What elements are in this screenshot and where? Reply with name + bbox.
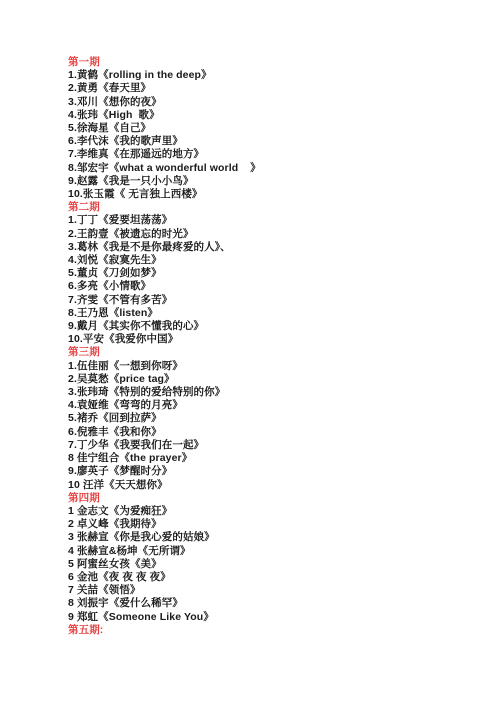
song-line: 4 张赫宣&杨坤《无所谓》 <box>68 545 261 558</box>
song-line: 7.丁少华《我要我们在一起》 <box>68 439 261 452</box>
document-page: 第一期1.黄鹤《rolling in the deep》2.黄勇《春天里》3.邓… <box>0 0 500 707</box>
song-line: 7.李维真《在那遥远的地方》 <box>68 148 261 161</box>
episode-heading: 第三期 <box>68 346 261 359</box>
song-line: 8 刘振宇《爱什么稀罕》 <box>68 597 261 610</box>
episode-heading: 第二期 <box>68 201 261 214</box>
song-line: 8 佳宁组合《the prayer》 <box>68 452 261 465</box>
song-line: 4.刘悦《寂寞先生》 <box>68 254 261 267</box>
episode-section: 第二期1.丁丁《爱要坦荡荡》2.王韵壹《被遗忘的时光》3.葛林《我是不是你最疼爱… <box>68 201 261 346</box>
song-line: 4.张玮《High 歌》 <box>68 109 261 122</box>
song-line: 3.邓川《想你的夜》 <box>68 96 261 109</box>
song-line: 5.褚乔《回到拉萨》 <box>68 412 261 425</box>
song-line: 7 关喆《领悟》 <box>68 584 261 597</box>
song-line: 4.袁娅维《弯弯的月亮》 <box>68 399 261 412</box>
song-line: 1 金志文《为爱痴狂》 <box>68 505 261 518</box>
song-line: 10 汪洋《天天想你》 <box>68 479 261 492</box>
song-line: 2.黄勇《春天里》 <box>68 82 261 95</box>
song-line: 2.吴莫愁《price tag》 <box>68 373 261 386</box>
song-line: 2.王韵壹《被遗忘的时光》 <box>68 228 261 241</box>
episode-section: 第四期1 金志文《为爱痴狂》2 卓义峰《我期待》3 张赫宣《你是我心爱的姑娘》4… <box>68 492 261 624</box>
song-line: 1.黄鹤《rolling in the deep》 <box>68 69 261 82</box>
song-line: 1.伍佳丽《一想到你呀》 <box>68 360 261 373</box>
song-list: 第一期1.黄鹤《rolling in the deep》2.黄勇《春天里》3.邓… <box>68 56 261 637</box>
song-line: 3.葛林《我是不是你最疼爱的人》、 <box>68 241 261 254</box>
song-line: 10.平安《我爱你中国》 <box>68 333 261 346</box>
episode-heading: 第四期 <box>68 492 261 505</box>
song-line: 5 阿蜜丝女孩《美》 <box>68 558 261 571</box>
song-line: 8.邹宏宇《what a wonderful world 》 <box>68 162 261 175</box>
song-line: 9 郑虹《Someone Like You》 <box>68 611 261 624</box>
song-line: 3 张赫宣《你是我心爱的姑娘》 <box>68 531 261 544</box>
song-line: 3.张玮琦《特别的爱给特别的你》 <box>68 386 261 399</box>
song-line: 9.廖英子《梦醒时分》 <box>68 465 261 478</box>
song-line: 6.多亮《小情歌》 <box>68 280 261 293</box>
episode-section: 第五期: <box>68 624 261 637</box>
song-line: 9.戴月《其实你不懂我的心》 <box>68 320 261 333</box>
song-line: 2 卓义峰《我期待》 <box>68 518 261 531</box>
song-line: 6.李代沫《我的歌声里》 <box>68 135 261 148</box>
song-line: 9.赵露《我是一只小小鸟》 <box>68 175 261 188</box>
song-line: 5.徐海星《自己》 <box>68 122 261 135</box>
song-line: 1.丁丁《爱要坦荡荡》 <box>68 214 261 227</box>
episode-heading: 第五期: <box>68 624 261 637</box>
song-line: 8.王乃恩《listen》 <box>68 307 261 320</box>
episode-heading: 第一期 <box>68 56 261 69</box>
song-line: 6 金池《夜 夜 夜 夜》 <box>68 571 261 584</box>
song-line: 5.董贞《刀剑如梦》 <box>68 267 261 280</box>
episode-section: 第一期1.黄鹤《rolling in the deep》2.黄勇《春天里》3.邓… <box>68 56 261 201</box>
song-line: 6.倪雅丰《我和你》 <box>68 426 261 439</box>
song-line: 7.齐雯《不管有多苦》 <box>68 294 261 307</box>
song-line: 10.张玉霞《 无言独上西楼》 <box>68 188 261 201</box>
episode-section: 第三期1.伍佳丽《一想到你呀》2.吴莫愁《price tag》3.张玮琦《特别的… <box>68 346 261 491</box>
